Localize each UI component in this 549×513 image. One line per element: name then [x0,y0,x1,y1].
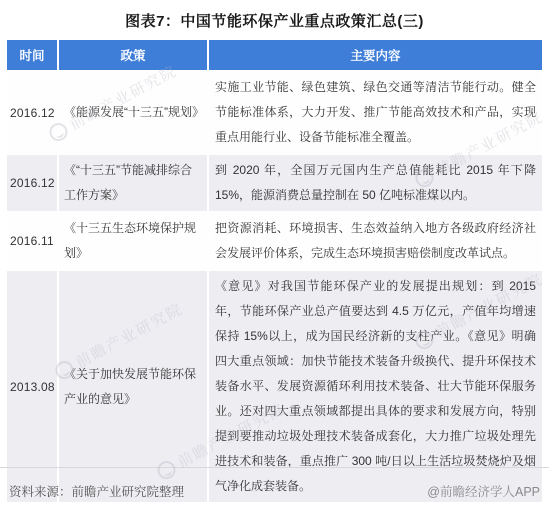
cell-time: 2016.12 [7,72,57,153]
cell-policy: 《“十三五”节能减排综合工作方案》 [59,155,207,211]
report-figure-page: 图表7：中国节能环保产业重点政策汇总(三) 时间 政策 主要内容 2016.12… [0,0,549,513]
page-title: 图表7：中国节能环保产业重点政策汇总(三) [0,0,549,31]
cell-time: 2016.11 [7,213,57,269]
figure-footer: 资料来源：前瞻产业研究院整理 @前瞻经济学人APP [0,467,549,513]
table-header-row: 时间 政策 主要内容 [7,40,542,70]
table-body: 2016.12 《能源发展“十三五”规划》 实施工业节能、绿色建筑、绿色交通等清… [7,72,542,502]
cell-time: 2016.12 [7,155,57,211]
cell-content: 实施工业节能、绿色建筑、绿色交通等清洁节能行动。健全节能标准体系，大力开发、推广… [209,72,542,153]
column-header-time: 时间 [7,40,57,70]
table-header: 时间 政策 主要内容 [7,40,542,70]
table-row: 2016.11 《十三五生态环境保护规划》 把资源消耗、环境损害、生态效益纳入地… [7,213,542,269]
cell-policy: 《十三五生态环境保护规划》 [59,213,207,269]
brand-credit-label: @前瞻经济学人APP [427,482,540,500]
cell-content: 把资源消耗、环境损害、生态效益纳入地方各级政府经济社会发展评价体系，完成生态环境… [209,213,542,269]
table-row: 2016.12 《“十三五”节能减排综合工作方案》 到 2020 年，全国万元国… [7,155,542,211]
column-header-policy: 政策 [59,40,207,70]
table-row: 2016.12 《能源发展“十三五”规划》 实施工业节能、绿色建筑、绿色交通等清… [7,72,542,153]
cell-content: 到 2020 年，全国万元国内生产总值能耗比 2015 年下降 15%，能源消费… [209,155,542,211]
cell-policy: 《能源发展“十三五”规划》 [59,72,207,153]
data-source-label: 资料来源：前瞻产业研究院整理 [9,482,184,500]
column-header-content: 主要内容 [209,40,542,70]
policy-table: 时间 政策 主要内容 2016.12 《能源发展“十三五”规划》 实施工业节能、… [5,38,544,504]
